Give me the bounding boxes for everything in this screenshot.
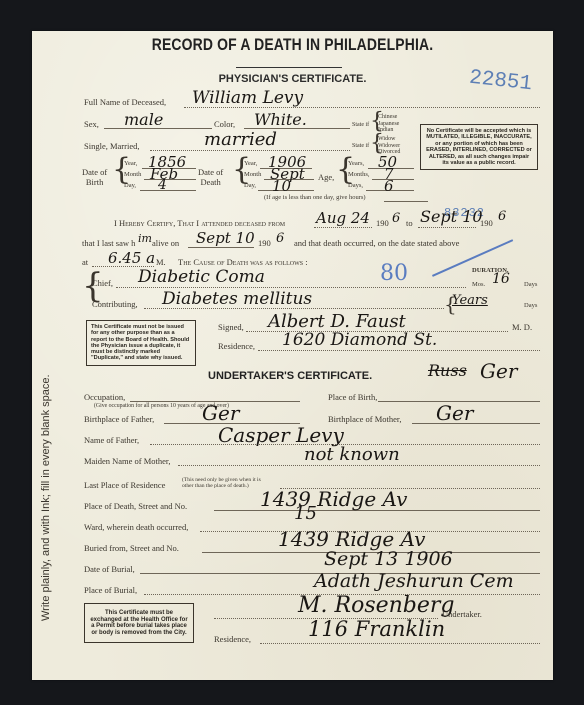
value-birth-day: 4 bbox=[158, 177, 167, 193]
label-days: Days bbox=[524, 302, 537, 309]
physician-signature: Albert D. Faust bbox=[268, 311, 406, 332]
label-age: Age, bbox=[318, 172, 334, 182]
label-date-of-death: Date of Death bbox=[198, 167, 223, 187]
label-place-of-death: Place of Death, Street and No. bbox=[84, 501, 187, 511]
label-line: Death bbox=[198, 177, 223, 187]
label-marital: Single, Married, bbox=[84, 141, 139, 151]
value-sex: male bbox=[124, 110, 163, 129]
label-death-day: Day, bbox=[244, 183, 256, 190]
value-attended-to: Sept 10 bbox=[420, 207, 483, 226]
label-color: Color, bbox=[214, 119, 235, 129]
label-meridiem: M. bbox=[156, 257, 166, 267]
value-last-saw-date: Sept 10 bbox=[196, 229, 255, 247]
chief-line bbox=[116, 287, 466, 288]
value-time-of-death: 6.45 a bbox=[108, 249, 155, 267]
label-birth-year: Year, bbox=[124, 161, 137, 168]
label-sex: Sex, bbox=[84, 119, 99, 129]
label-age-years: Years, bbox=[348, 161, 364, 168]
value-attended-to-year: 6 bbox=[498, 209, 506, 224]
label-mos: Mos. bbox=[472, 281, 485, 288]
value-date-burial: Sept 13 1906 bbox=[324, 548, 453, 570]
value-marital: married bbox=[204, 129, 277, 150]
attended-to-line bbox=[418, 227, 476, 228]
label-death-year: Year, bbox=[244, 161, 257, 168]
label-birth-day: Day, bbox=[124, 183, 136, 190]
label-last-saw: that I last saw h bbox=[82, 238, 135, 248]
birth-day-line bbox=[140, 190, 196, 191]
side-instruction: Write plainly, and with Ink; fill in eve… bbox=[40, 374, 52, 621]
age-hours-note: (If age is less than one day, give hours… bbox=[264, 195, 366, 202]
label-birth-month: Month bbox=[124, 172, 141, 179]
marital-line bbox=[150, 150, 350, 151]
value-death-day: 10 bbox=[272, 177, 291, 195]
label-year-prefix: 190 bbox=[480, 218, 493, 228]
label-md: M. D. bbox=[512, 322, 532, 332]
undertaker-residence-line bbox=[260, 643, 540, 644]
label-state-if-race: State if bbox=[352, 122, 369, 129]
label-line: Birth bbox=[82, 177, 107, 187]
undertaker-residence: 116 Franklin bbox=[308, 617, 445, 641]
label-alive-on: alive on bbox=[152, 238, 179, 248]
value-birthplace-father: Ger bbox=[202, 401, 239, 425]
value-age-days: 6 bbox=[384, 177, 394, 195]
value-contributing-cause: Diabetes mellitus bbox=[162, 289, 312, 309]
label-to: to bbox=[406, 218, 413, 228]
label-name-father: Name of Father, bbox=[84, 435, 139, 445]
label-year-prefix: 190 bbox=[376, 218, 389, 228]
label-buried-from: Buried from, Street and No. bbox=[84, 543, 179, 553]
cause-code-number: 80 bbox=[380, 261, 408, 286]
race-option: Chinese bbox=[378, 114, 399, 121]
label-place-burial: Place of Burial, bbox=[84, 585, 137, 595]
value-attended-from-year: 6 bbox=[392, 211, 400, 226]
value-last-saw-year: 6 bbox=[276, 231, 284, 246]
value-chief-cause: Diabetic Coma bbox=[138, 267, 265, 287]
label-physician-residence: Residence, bbox=[218, 341, 255, 351]
value-birthplace-mother: Ger bbox=[436, 401, 473, 425]
label-days: Days bbox=[524, 281, 537, 288]
undertaker-signature: M. Rosenberg bbox=[298, 593, 455, 618]
undertaker-section-title: UNDERTAKER'S CERTIFICATE. bbox=[208, 370, 372, 382]
label-chief: Chief, bbox=[92, 278, 113, 288]
label-undertaker: Undertaker. bbox=[442, 609, 482, 619]
title-divider bbox=[236, 67, 342, 68]
place-of-birth-struck: Russ bbox=[428, 361, 467, 380]
document-title: RECORD OF A DEATH IN PHILADELPHIA. bbox=[79, 35, 506, 55]
physician-residence-line bbox=[258, 350, 540, 351]
label-death-occurred: and that death occurred, on the date sta… bbox=[294, 238, 459, 248]
no-alteration-notice: No Certificate will be accepted which is… bbox=[420, 124, 538, 170]
value-place-of-birth: Ger bbox=[480, 359, 517, 383]
death-certificate-document: Write plainly, and with Ink; fill in eve… bbox=[32, 31, 553, 680]
value-full-name: William Levy bbox=[192, 88, 303, 108]
value-chief-duration: 16 bbox=[492, 271, 510, 287]
maiden-mother-line bbox=[178, 465, 540, 466]
physician-residence: 1620 Diamond St. bbox=[282, 330, 437, 350]
value-place-burial: Adath Jeshurun Cem bbox=[314, 570, 514, 592]
label-contributing: Contributing, bbox=[92, 299, 138, 309]
label-birthplace-father: Birthplace of Father, bbox=[84, 414, 154, 424]
value-pronoun: im bbox=[138, 232, 152, 245]
label-occupation: Occupation, bbox=[84, 392, 125, 402]
age-hours-line bbox=[384, 201, 428, 202]
label-signed: Signed, bbox=[218, 322, 244, 332]
label-age-days: Days, bbox=[348, 183, 363, 190]
label-date-burial: Date of Burial, bbox=[84, 564, 135, 574]
exchange-notice: This Certificate must be exchanged at th… bbox=[84, 603, 194, 643]
label-undertaker-residence: Residence, bbox=[214, 634, 251, 644]
label-last-residence: Last Place of Residence bbox=[84, 480, 165, 490]
certify-statement: I Hereby Certify, That I attended deceas… bbox=[114, 218, 285, 228]
label-date-of-birth: Date of Birth bbox=[82, 167, 107, 187]
value-contributing-duration: Years bbox=[452, 293, 488, 308]
value-maiden-mother: not known bbox=[304, 444, 400, 465]
label-age-months: Months, bbox=[348, 172, 370, 179]
attended-from-line bbox=[314, 227, 372, 228]
last-saw-date-line bbox=[188, 247, 254, 248]
duplicate-notice: This Certificate must not be issued for … bbox=[86, 320, 196, 366]
label-maiden-mother: Maiden Name of Mother, bbox=[84, 456, 171, 466]
value-place-of-death: 1439 Ridge Av bbox=[260, 487, 407, 511]
label-state-if-marital: State if bbox=[352, 143, 369, 150]
label-line: Date of bbox=[198, 167, 223, 177]
label-death-month: Month bbox=[244, 172, 261, 179]
record-number-stamp: 22851 bbox=[468, 67, 533, 96]
label-year-prefix: 190 bbox=[258, 238, 271, 248]
value-ward: 15 bbox=[294, 503, 317, 524]
birthplace-mother-line bbox=[412, 423, 540, 424]
last-residence-note: (This need only be given when it is othe… bbox=[182, 477, 272, 489]
label-line: Date of bbox=[82, 167, 107, 177]
label-full-name: Full Name of Deceased, bbox=[84, 97, 166, 107]
label-ward: Ward, wherein death occurred, bbox=[84, 522, 188, 532]
value-attended-from: Aug 24 bbox=[316, 209, 370, 227]
label-place-of-birth: Place of Birth, bbox=[328, 392, 377, 402]
value-color: White. bbox=[254, 110, 307, 129]
label-cause-intro: The Cause of Death was as follows : bbox=[178, 257, 308, 267]
